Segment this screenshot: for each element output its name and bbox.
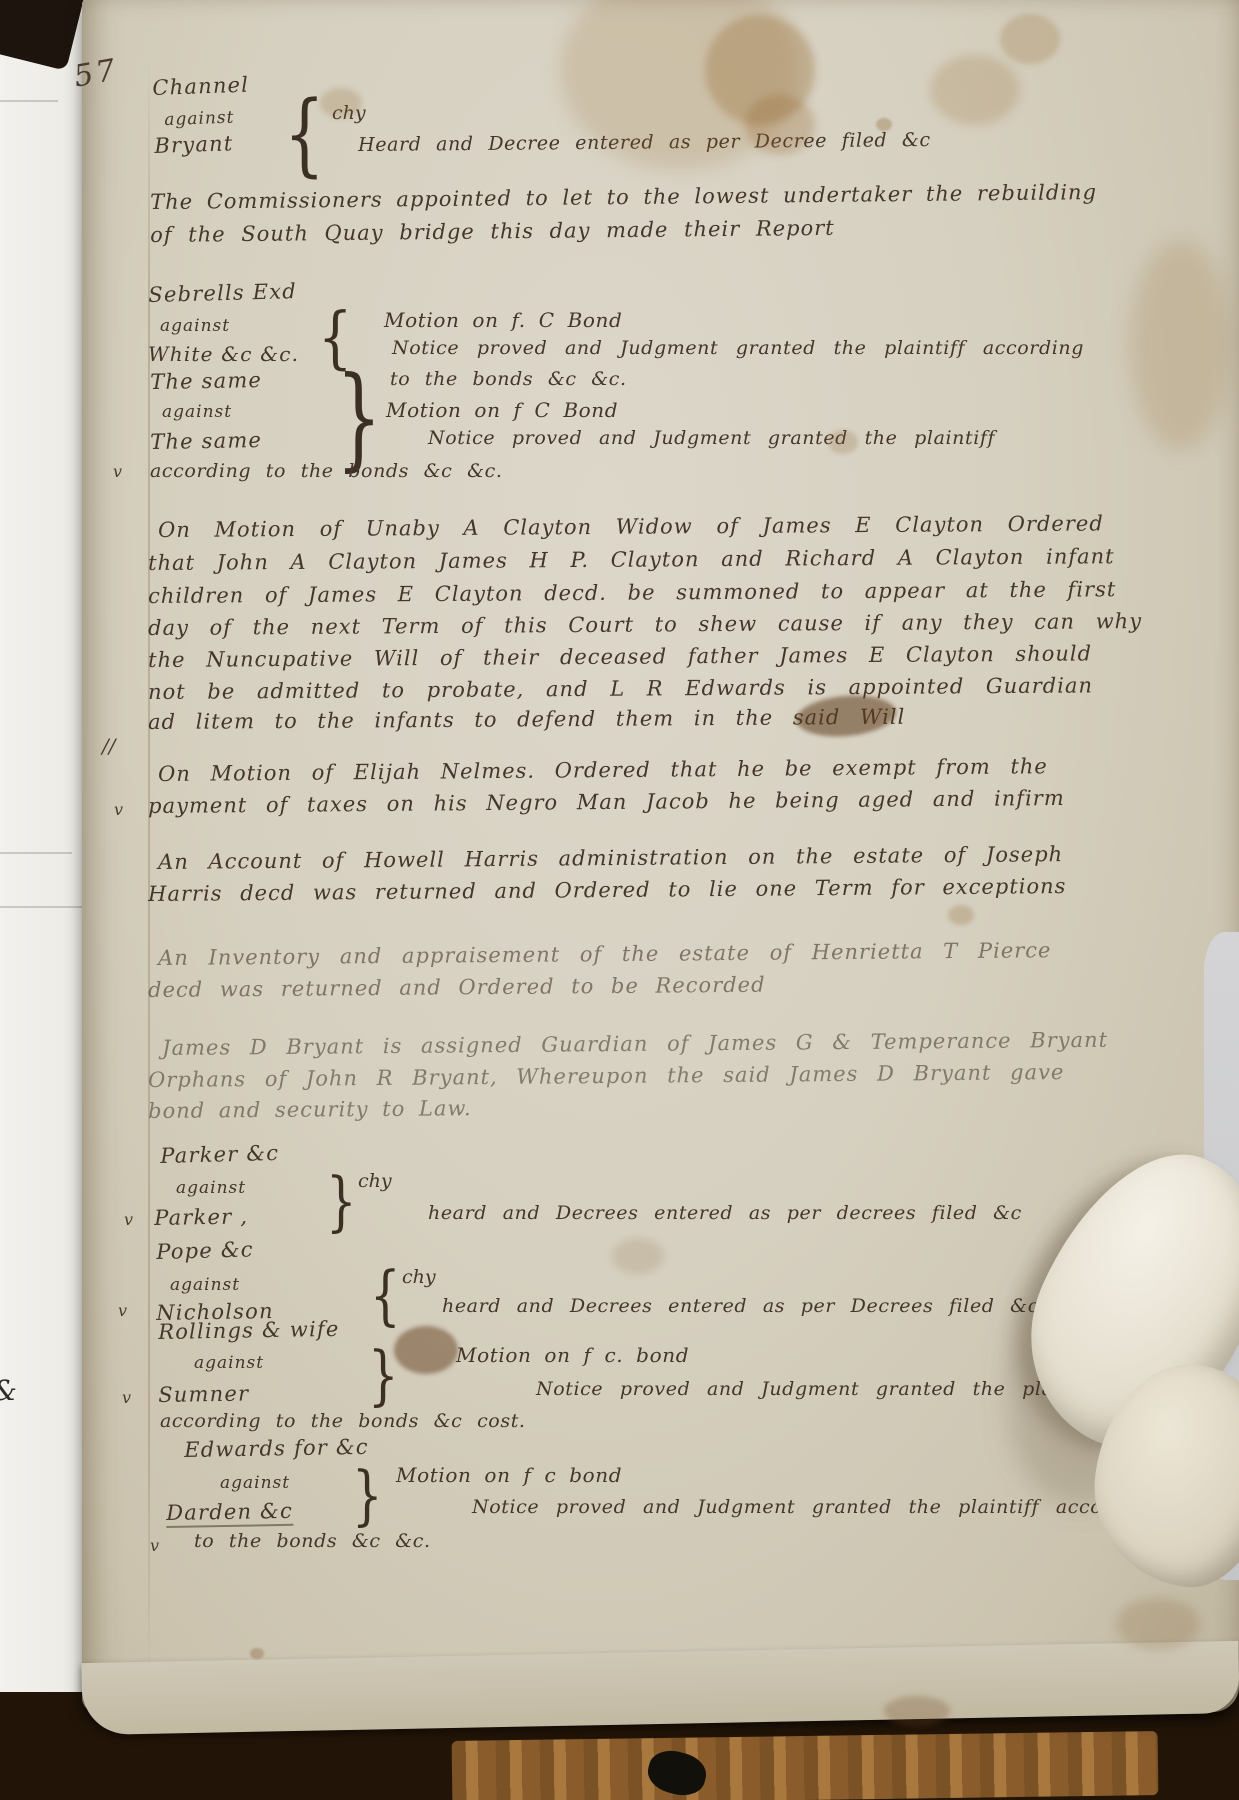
case-disposition: according to the bonds &c cost.: [160, 1410, 526, 1432]
backdrop-line: [0, 100, 58, 102]
case-motion: Motion on f C Bond: [386, 398, 618, 422]
case-label: chy: [332, 102, 366, 124]
margin-check-mark: v: [150, 1536, 159, 1555]
wood-plank: [452, 1731, 1159, 1800]
case-plaintiff: Edwards for &c: [184, 1435, 369, 1462]
photograph-of-ledger-page: 57 Channel against Bryant { chy Heard an…: [0, 0, 1239, 1800]
case-defendant: Bryant: [154, 131, 234, 158]
margin-check-mark: v: [118, 1301, 127, 1320]
case-versus: against: [194, 1353, 264, 1373]
case-brace: {: [370, 1258, 401, 1334]
case-disposition: to the bonds &c &c.: [390, 368, 627, 390]
case-label: chy: [358, 1170, 392, 1192]
minute-line: bond and security to Law.: [148, 1096, 472, 1123]
case-disposition: to the bonds &c &c.: [194, 1530, 431, 1552]
edge-scribble: &: [0, 1374, 17, 1407]
case-defendant: Darden &c: [166, 1499, 293, 1528]
case-versus: against: [220, 1473, 290, 1493]
case-plaintiff: Parker &c: [160, 1141, 279, 1168]
case-plaintiff: Channel: [152, 73, 249, 100]
case-disposition: according to the bonds &c &c.: [150, 460, 502, 482]
case-motion: Motion on f. C Bond: [384, 308, 622, 332]
case-disposition: Notice proved and Judgment granted the p…: [392, 337, 1084, 359]
margin-check-mark: v: [124, 1210, 133, 1229]
margin-check-mark: v: [114, 800, 123, 819]
margin-double-slash-mark: //: [102, 734, 115, 758]
case-defendant: Parker ,: [154, 1204, 248, 1230]
case-versus: against: [170, 1275, 240, 1295]
case-brace: }: [352, 1458, 383, 1534]
case-brace: }: [326, 1164, 357, 1240]
case-brace: }: [368, 1338, 399, 1414]
case-disposition: heard and Decrees entered as per Decrees…: [442, 1295, 1039, 1317]
case-plaintiff: The same: [150, 368, 262, 394]
case-motion: Motion on f c bond: [396, 1463, 622, 1487]
case-label: chy: [402, 1266, 436, 1288]
backdrop-line: [0, 906, 84, 908]
case-versus: against: [160, 316, 230, 336]
case-defendant: Sumner: [158, 1381, 249, 1407]
case-plaintiff: Sebrells Exd: [148, 279, 297, 307]
case-plaintiff: Rollings & wife: [158, 1317, 340, 1344]
case-defendant: The same: [150, 428, 262, 454]
case-defendant: White &c &c.: [148, 342, 299, 366]
case-versus: against: [176, 1178, 246, 1198]
case-brace: {: [284, 84, 325, 188]
case-disposition: Notice proved and Judgment granted the p…: [428, 427, 995, 449]
margin-check-mark: v: [122, 1388, 131, 1407]
margin-check-mark: v: [113, 462, 122, 481]
case-plaintiff: Pope &c: [156, 1237, 254, 1264]
case-versus: against: [162, 402, 232, 422]
case-motion: Motion on f c. bond: [456, 1343, 689, 1367]
case-versus: against: [164, 108, 235, 130]
case-disposition: heard and Decrees entered as per decrees…: [428, 1202, 1022, 1224]
backdrop-line: [0, 852, 72, 854]
